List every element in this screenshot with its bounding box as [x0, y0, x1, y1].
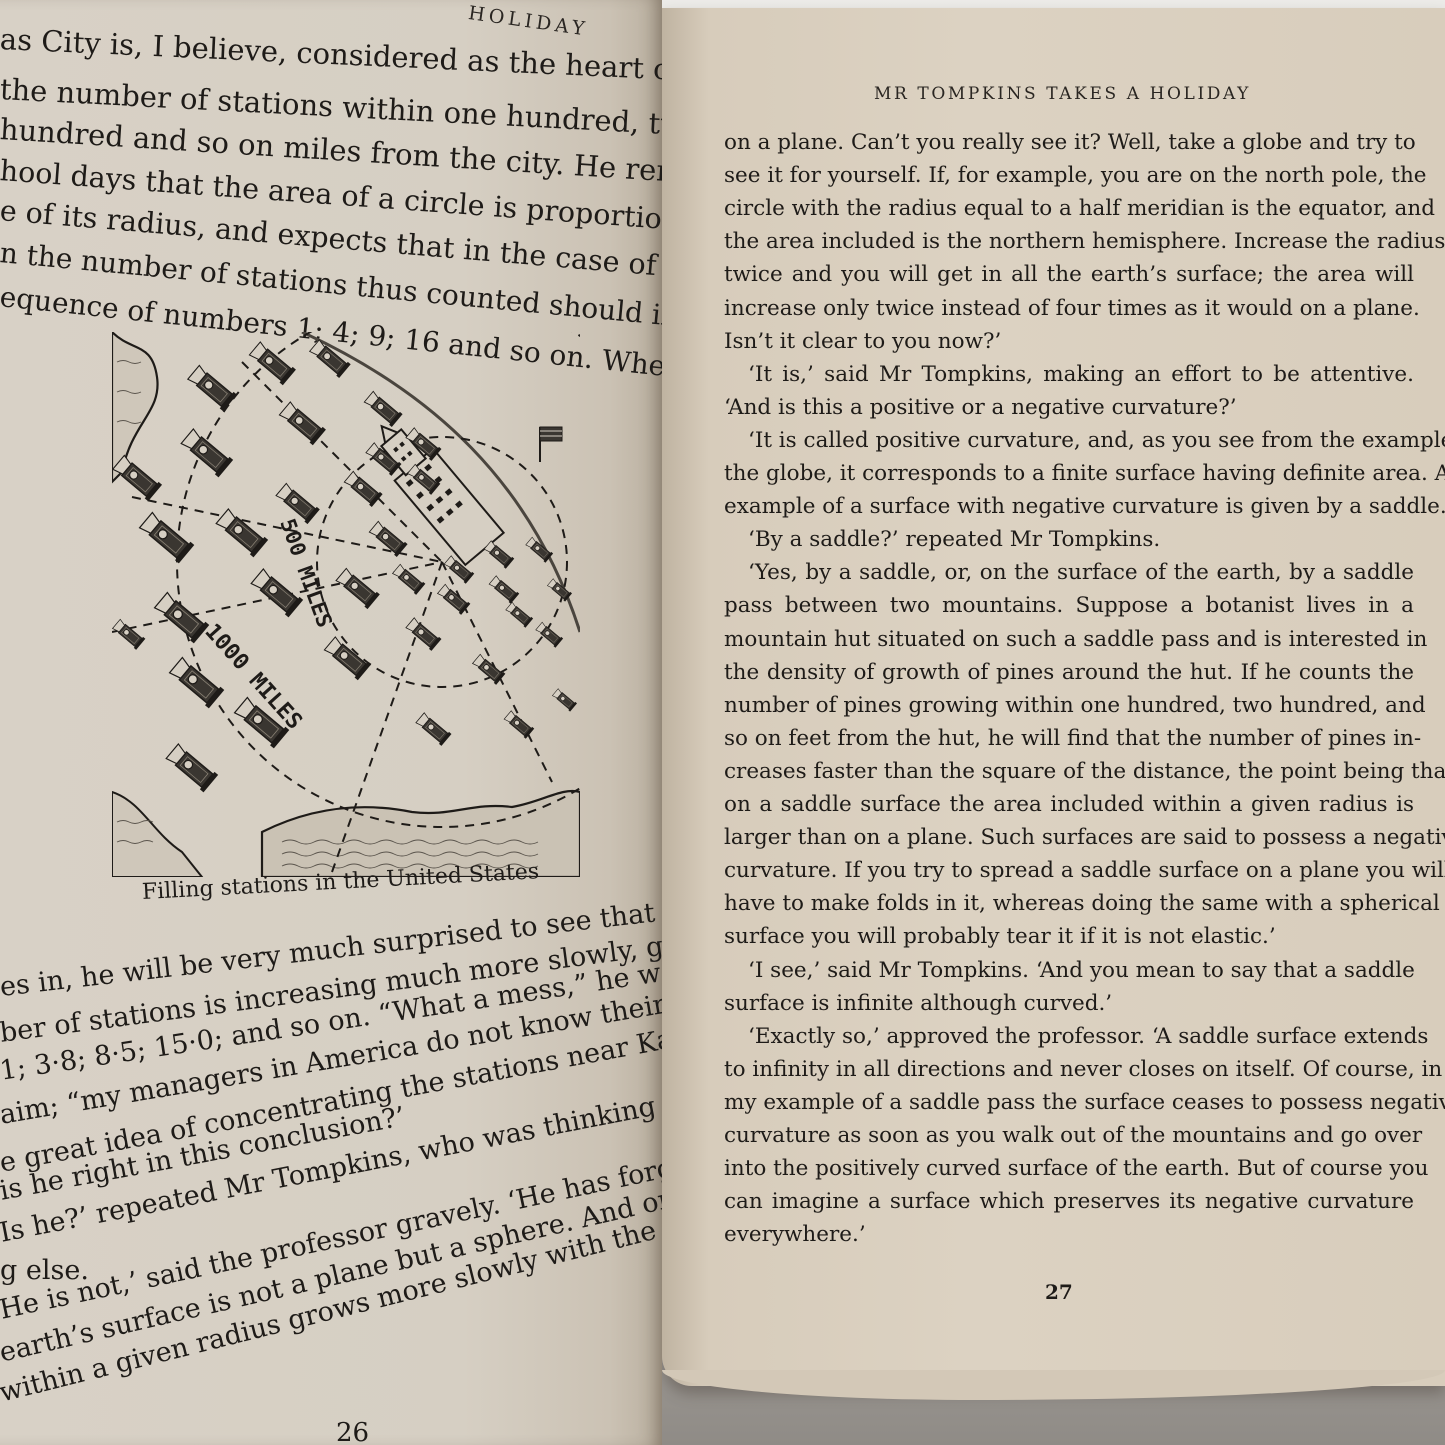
left-page: HOLIDAY as City is, I believe, considere…: [0, 0, 662, 1445]
text-line: everywhere.’: [724, 1224, 1414, 1246]
page-number: 26: [336, 1418, 369, 1445]
text-line: the globe, it corresponds to a finite su…: [724, 463, 1414, 485]
text-line: ‘I see,’ said Mr Tompkins. ‘And you mean…: [724, 960, 1414, 982]
filling-station-pump-icon: [112, 339, 577, 793]
running-head: MR TOMPKINS TAKES A HOLIDAY: [874, 84, 1251, 104]
text-line: ‘Yes, by a saddle, or, on the surface of…: [724, 562, 1414, 584]
text-line: on a saddle surface the area included wi…: [724, 794, 1414, 816]
text-line: have to make folds in it, whereas doing …: [724, 893, 1414, 915]
filling-stations-illustration: 500 MILES 1000 MILES: [112, 332, 580, 877]
text-line: ‘And is this a positive or a negative cu…: [724, 397, 1414, 419]
text-line: so on feet from the hut, he will find th…: [724, 728, 1414, 750]
text-line: surface you will probably tear it if it …: [724, 926, 1414, 948]
map-illustration-icon: 500 MILES 1000 MILES: [112, 332, 580, 877]
text-line: the area included is the northern hemisp…: [724, 231, 1414, 253]
text-line: surface is infinite although curved.’: [724, 993, 1414, 1015]
right-page: MR TOMPKINS TAKES A HOLIDAY on a plane. …: [662, 8, 1445, 1386]
text-line: creases faster than the square of the di…: [724, 761, 1414, 783]
text-line: increase only twice instead of four time…: [724, 298, 1414, 320]
text-line: larger than on a plane. Such surfaces ar…: [724, 827, 1414, 849]
text-line: can imagine a surface which preserves it…: [724, 1191, 1414, 1213]
text-line: circle with the radius equal to a half m…: [724, 198, 1414, 220]
text-line: example of a surface with negative curva…: [724, 496, 1414, 518]
text-line: on a plane. Can’t you really see it? Wel…: [724, 132, 1414, 154]
text-line: curvature as soon as you walk out of the…: [724, 1125, 1414, 1147]
text-line: ‘It is,’ said Mr Tompkins, making an eff…: [724, 364, 1414, 386]
text-line: my example of a saddle pass the surface …: [724, 1092, 1414, 1114]
text-line: pass between two mountains. Suppose a bo…: [724, 595, 1414, 617]
page-number: 27: [1045, 1280, 1073, 1304]
text-line: to infinity in all directions and never …: [724, 1059, 1414, 1081]
text-line: ‘By a saddle?’ repeated Mr Tompkins.: [724, 529, 1414, 551]
text-line: into the positively curved surface of th…: [724, 1158, 1414, 1180]
text-line: twice and you will get in all the earth’…: [724, 264, 1414, 286]
text-line: ‘Exactly so,’ approved the professor. ‘A…: [724, 1026, 1414, 1048]
running-head-fragment: HOLIDAY: [467, 2, 590, 41]
text-line: Isn’t it clear to you now?’: [724, 331, 1414, 353]
text-line: curvature. If you try to spread a saddle…: [724, 860, 1414, 882]
text-line: the density of growth of pines around th…: [724, 662, 1414, 684]
text-line: mountain hut situated on such a saddle p…: [724, 629, 1414, 651]
text-line: see it for yourself. If, for example, yo…: [724, 165, 1414, 187]
text-line: number of pines growing within one hundr…: [724, 695, 1414, 717]
text-line: ‘It is called positive curvature, and, a…: [724, 430, 1414, 452]
